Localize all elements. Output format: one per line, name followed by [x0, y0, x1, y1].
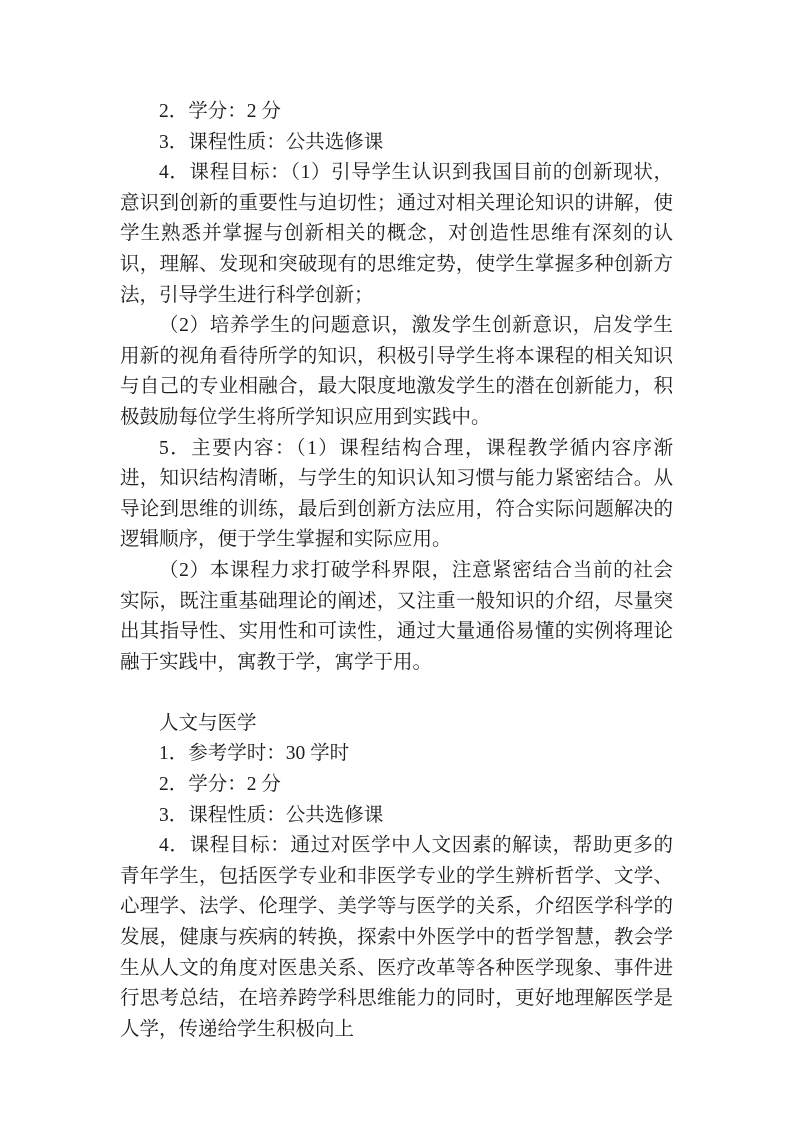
paragraph-course-goal-humanities: 4．课程目标：通过对医学中人文因素的解读，帮助更多的青年学生，包括医学专业和非医…: [120, 831, 673, 1045]
list-item-credit: 2．学分：2 分: [120, 97, 673, 128]
document-page: 2．学分：2 分 3．课程性质：公共选修课 4．课程目标：（1）引导学生认识到我…: [0, 0, 793, 1122]
list-item-reference-hours: 1．参考学时：30 学时: [120, 739, 673, 770]
paragraph-main-content-1: 5．主要内容：（1）课程结构合理，课程教学循内容序渐进，知识结构清晰，与学生的知…: [120, 434, 673, 556]
page-content: 2．学分：2 分 3．课程性质：公共选修课 4．课程目标：（1）引导学生认识到我…: [120, 97, 673, 1045]
paragraph-course-goal-2: （2）培养学生的问题意识，激发学生创新意识，启发学生用新的视角看待所学的知识，积…: [120, 311, 673, 433]
list-item-credit-2: 2．学分：2 分: [120, 770, 673, 801]
list-item-course-nature-2: 3．课程性质：公共选修课: [120, 801, 673, 832]
section-heading-humanities-medicine: 人文与医学: [120, 709, 673, 740]
paragraph-main-content-2: （2）本课程力求打破学科界限，注意紧密结合当前的社会实际，既注重基础理论的阐述，…: [120, 556, 673, 678]
blank-line: [120, 678, 673, 709]
list-item-course-nature: 3．课程性质：公共选修课: [120, 128, 673, 159]
paragraph-course-goal-1: 4．课程目标：（1）引导学生认识到我国目前的创新现状，意识到创新的重要性与迫切性…: [120, 158, 673, 311]
